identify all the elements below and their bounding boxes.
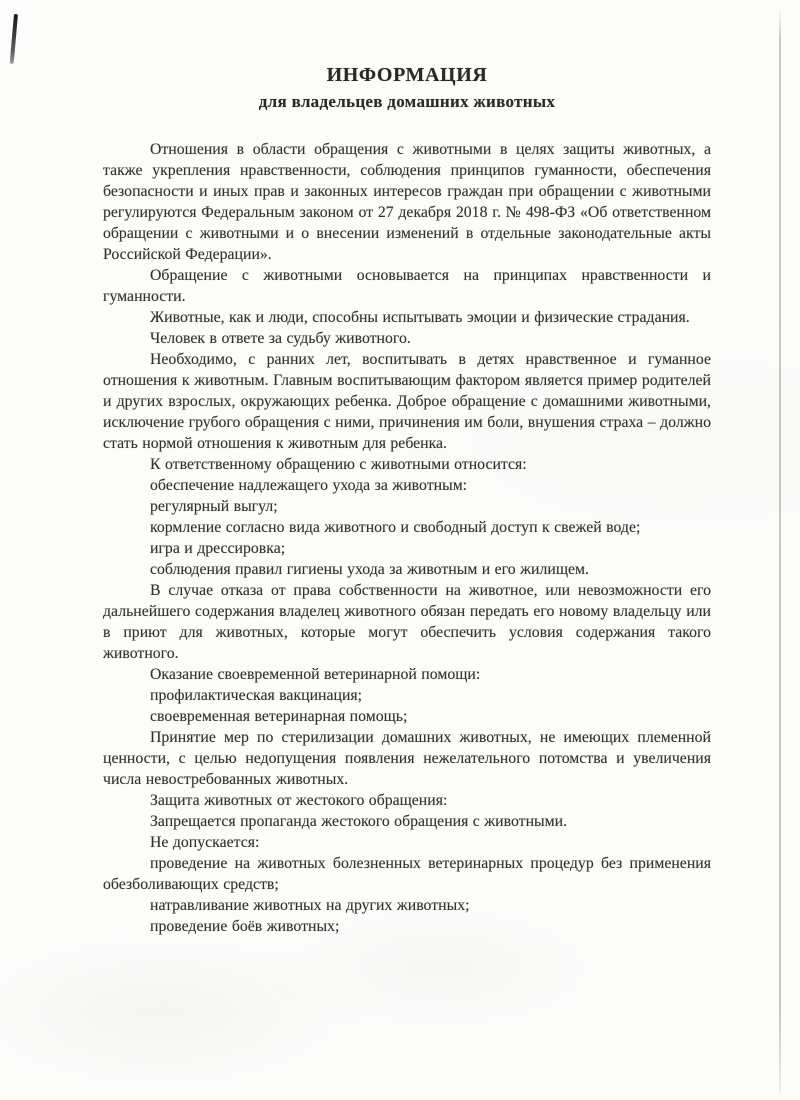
- doc-paragraph: Оказание своевременной ветеринарной помо…: [103, 664, 711, 685]
- doc-paragraph: Животные, как и люди, способны испытыват…: [103, 307, 711, 328]
- doc-paragraph: Отношения в области обращения с животным…: [103, 139, 711, 265]
- doc-paragraph: соблюдения правил гигиены ухода за живот…: [103, 559, 711, 580]
- document-body: ИНФОРМАЦИЯ для владельцев домашних живот…: [103, 64, 711, 937]
- scanned-document-page: { "colors": { "paper": "#fcfcfb", "ink":…: [0, 0, 800, 1100]
- scan-edge-line: [779, 8, 781, 1093]
- doc-paragraph: Запрещается пропаганда жестокого обращен…: [103, 811, 711, 832]
- doc-paragraph: Обращение с животными основывается на пр…: [103, 265, 711, 307]
- doc-paragraph: Защита животных от жестокого обращения:: [103, 790, 711, 811]
- doc-paragraph: своевременная ветеринарная помощь;: [103, 706, 711, 727]
- doc-paragraph: Принятие мер по стерилизации домашних жи…: [103, 727, 711, 790]
- pen-mark-artifact: [10, 14, 18, 64]
- doc-paragraph: Человек в ответе за судьбу животного.: [103, 328, 711, 349]
- doc-paragraph: Необходимо, с ранних лет, воспитывать в …: [103, 349, 711, 454]
- doc-paragraph: Не допускается:: [103, 832, 711, 853]
- doc-paragraph: натравливание животных на других животны…: [103, 895, 711, 916]
- doc-paragraph: обеспечение надлежащего ухода за животны…: [103, 475, 711, 496]
- doc-paragraph: игра и дрессировка;: [103, 538, 711, 559]
- doc-paragraph: В случае отказа от права собственности н…: [103, 580, 711, 664]
- doc-paragraph: профилактическая вакцинация;: [103, 685, 711, 706]
- doc-paragraph: кормление согласно вида животного и своб…: [103, 517, 711, 538]
- document-subtitle: для владельцев домашних животных: [103, 91, 711, 112]
- doc-paragraph: проведение боёв животных;: [103, 916, 711, 937]
- document-title: ИНФОРМАЦИЯ: [103, 64, 711, 87]
- doc-paragraph: проведение на животных болезненных ветер…: [103, 853, 711, 895]
- doc-paragraph: К ответственному обращению с животными о…: [103, 454, 711, 475]
- doc-paragraph: регулярный выгул;: [103, 496, 711, 517]
